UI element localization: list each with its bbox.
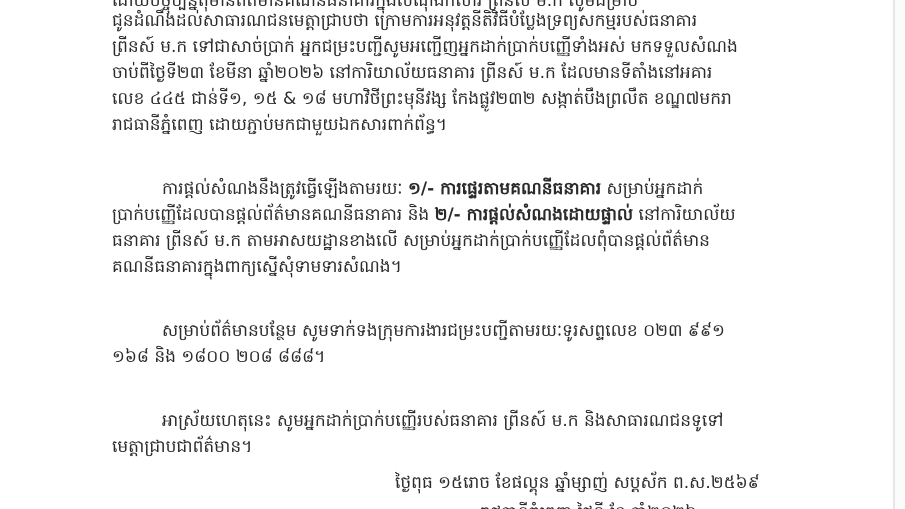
paragraph-1-line-5: លេខ ៤៤៥ ជាន់ទី១, ១៥ & ១៨ មហាវិថីព្រះមុនី… bbox=[112, 86, 792, 112]
paragraph-2-line-4: គណនីធនាគារក្នុងពាក្យស្នើសុំទាមទារសំណង។ bbox=[112, 254, 792, 280]
paragraph-3-line-2: ១៦៨ និង ១៨០០ ២០៨ ៨៨៨។ bbox=[112, 344, 792, 370]
paragraph-1-line-6: រាជធានីភ្នំពេញ ដោយភ្ជាប់មកជាមួយឯកសារពាក់… bbox=[112, 112, 792, 138]
paragraph-2-line-2: ប្រាក់បញ្ញើដែលបានផ្តល់ព័ត៌មានគណនីធនាគារ … bbox=[112, 202, 792, 228]
p2-line1-prefix: ការផ្តល់សំណងនឹងត្រូវធ្វើឡើងតាមរយៈ bbox=[162, 179, 408, 199]
cut-off-bottom-line: រាជធានីភ្នំពេញ ថ្ងៃទី ខែ ឆ្នាំ២០២៦ bbox=[480, 500, 800, 509]
lunar-date-line: ថ្ងៃពុធ ១៥រោច ខែផល្គុន ឆ្នាំម្សាញ់ សប្តស… bbox=[395, 470, 795, 496]
p2-line2-suffix: នៅការិយាល័យ bbox=[633, 205, 736, 225]
paragraph-4-line-2: មេត្តាជ្រាបជាព័ត៌មាន។ bbox=[112, 434, 792, 460]
paragraph-2-line-3: ធនាគារ ព្រីនស៍ ម.ក តាមអាសយដ្ឋានខាងលើ សម្… bbox=[112, 228, 792, 254]
paragraph-3-line-1: សម្រាប់ព័ត៌មានបន្ថែម សូមទាក់ទងក្រុមការងា… bbox=[162, 318, 792, 344]
document-page: ដោយបច្ចុប្បន្នពុំមានព័ត៌មានគណនីធនាគារក្ន… bbox=[0, 0, 893, 509]
p2-line2-prefix: ប្រាក់បញ្ញើដែលបានផ្តល់ព័ត៌មានគណនីធនាគារ … bbox=[112, 205, 435, 225]
p2-option1-bold: ១/- ការផ្ទេរតាមគណនីធនាគារ bbox=[408, 179, 601, 199]
paragraph-4-line-1: អាស្រ័យហេតុនេះ សូមអ្នកដាក់ប្រាក់បញ្ញើរបស… bbox=[162, 408, 792, 434]
p2-option2-bold: ២/- ការផ្តល់សំណងដោយផ្ទាល់ bbox=[435, 205, 633, 225]
viewer-background-strip bbox=[895, 0, 905, 509]
paragraph-1-line-4: ចាប់ពីថ្ងៃទី២៣ ខែមីនា ឆ្នាំ២០២៦ នៅការិយា… bbox=[112, 60, 792, 86]
paragraph-2-line-1: ការផ្តល់សំណងនឹងត្រូវធ្វើឡើងតាមរយៈ ១/- កា… bbox=[162, 176, 792, 202]
p2-line1-suffix: សម្រាប់អ្នកដាក់ bbox=[601, 179, 703, 199]
paragraph-1-line-2: ជូនដំណឹងដល់សាធារណជនមេត្តាជ្រាបថា ក្រោមកា… bbox=[112, 8, 792, 34]
paragraph-1-line-3: ព្រីនស៍ ម.ក ទៅជាសាច់ប្រាក់ អ្នកជម្រះបញ្ជ… bbox=[112, 34, 792, 60]
